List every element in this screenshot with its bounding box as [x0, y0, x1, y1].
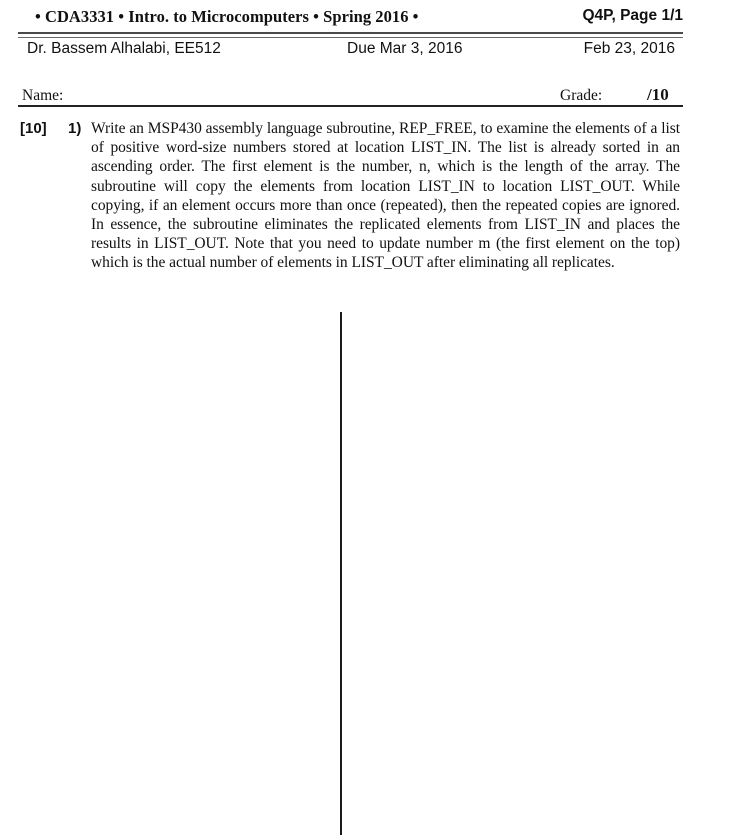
- grade-label: Grade:: [560, 87, 602, 105]
- question-number: 1): [68, 120, 81, 137]
- course-title: • CDA3331 • Intro. to Microcomputers • S…: [35, 7, 419, 27]
- question-text: Write an MSP430 assembly language subrou…: [91, 119, 680, 273]
- quiz-page-label: Q4P, Page 1/1: [582, 7, 683, 25]
- question-points: [10]: [20, 120, 47, 137]
- grade-total: /10: [647, 85, 669, 105]
- instructor-info: Dr. Bassem Alhalabi, EE512: [27, 40, 221, 58]
- name-line-rule: [18, 105, 683, 107]
- issue-date: Feb 23, 2016: [584, 40, 675, 58]
- due-date: Due Mar 3, 2016: [347, 40, 462, 58]
- name-label: Name:: [22, 87, 63, 105]
- answer-column-divider: [340, 312, 342, 835]
- header-double-rule: [18, 32, 683, 38]
